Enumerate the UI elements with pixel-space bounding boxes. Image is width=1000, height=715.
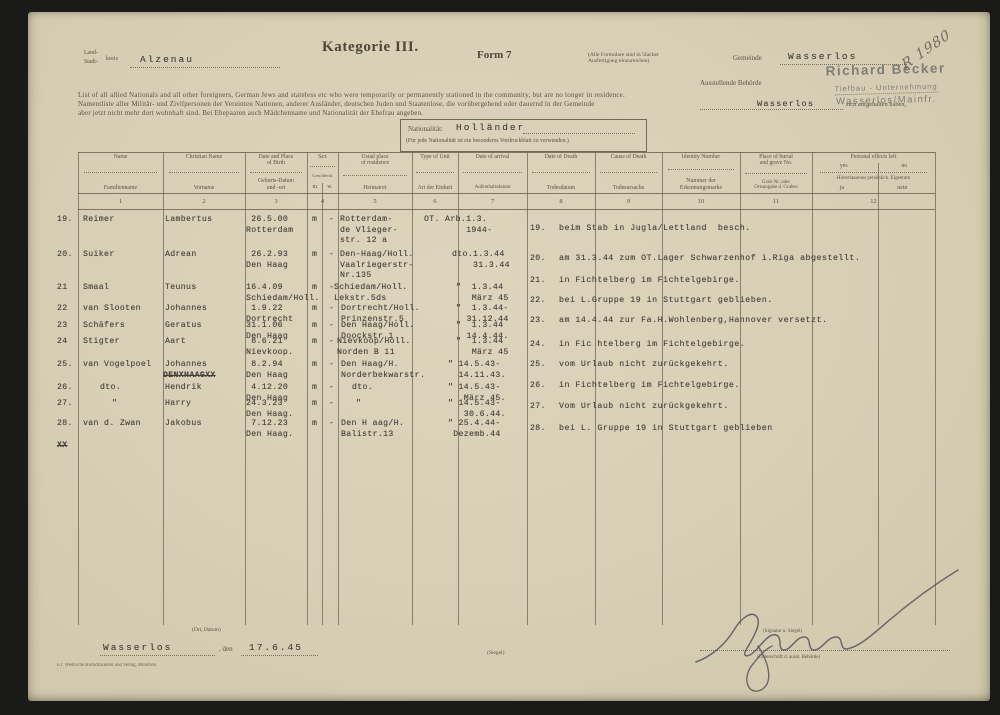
col-num: 5 [338, 194, 412, 209]
table-line [812, 152, 813, 625]
row-name: Reimer [83, 215, 115, 226]
signature-scrawl [680, 560, 980, 705]
date-dotted-line [241, 655, 318, 656]
remark-text: bei L. Gruppe 19 in Stuttgart geblieben [559, 424, 773, 435]
row-unit-arrival: " 14.5.43- 30.6.44. [448, 399, 506, 420]
nationality-label: Nationalität: [408, 125, 443, 133]
nationality-dotted-line [523, 133, 635, 134]
col-header-death-date: Date of Death Todesdatum [527, 153, 595, 192]
row-sex: m [312, 250, 317, 261]
place-value: Wasserlos [103, 643, 172, 654]
remark-text: in Fichtelberg im Fichtelgebirge. [559, 381, 740, 392]
table-line [935, 152, 936, 625]
row-number: 24 [57, 337, 68, 348]
seal-label: (Siegel) [487, 650, 504, 656]
row-unit-arrival: OT. Arb.1.3. 1944- [424, 215, 492, 236]
row-unit-arrival: dto.1.3.44 31.3.44 [452, 250, 510, 271]
col-header-birth: Date and Place of Birth Geburts-Datum un… [245, 153, 307, 192]
row-residence: Den H aag/H. Balistr.13 [341, 419, 404, 440]
remark-text: Vom Urlaub nicht zurückgekehrt. [559, 402, 729, 413]
row-unit-arrival: " 25.4.44- Dezemb.44 [448, 419, 501, 440]
row-unit-arrival: " 1.3.44 März 45 [456, 337, 509, 358]
row-sex: m [312, 215, 317, 226]
district-label-land: Land- [84, 50, 98, 56]
col-num: 6 [412, 194, 458, 209]
table-numbers-line [78, 209, 935, 210]
row-sex: m [312, 419, 317, 430]
remark-number: 23. [530, 316, 546, 327]
place-dotted-line [100, 655, 215, 656]
row-unit-arrival: " 1.3.44 März 45 [456, 283, 509, 304]
row-birth: 8.6.21 Nievkoop. [246, 337, 293, 358]
row-number: 26. [57, 383, 73, 394]
row-number: 20. [57, 250, 73, 261]
row-birth: 7.12.23 Den Haag. [246, 419, 293, 440]
remark-text: in Fichtelberg im Fichtelgebirge. [559, 276, 740, 287]
col-header-sex: Sex Geschlecht m.w. [307, 153, 338, 192]
col-num: 1 [78, 194, 163, 209]
remark-text: in Fic htelberg im Fichtelgebirge. [559, 340, 745, 351]
printer-note: F.J. Weiß'sche Buchdruckerei und Verlag,… [57, 663, 157, 668]
remark-number: 27. [530, 402, 546, 413]
district-label-kreis: kreis [106, 55, 118, 62]
row-name: Smaal [83, 283, 109, 294]
table-line [78, 152, 79, 625]
place-date-label: (Ort, Datum) [192, 627, 221, 633]
row-birth: 8.2.94 Den Haag [246, 360, 288, 381]
intro-gemeinde-value: Wasserlos [757, 99, 814, 110]
col-num: 2 [163, 194, 245, 209]
row-birth: 16.4.09 Schiedam/Holl. [246, 283, 320, 304]
row-sex-dash: - [329, 215, 334, 226]
row-name: " [112, 399, 117, 410]
row-residence: Den Haag/H. Norderbekwarstr. [341, 360, 425, 381]
row-birth: 24.3.23 Den Haag. [246, 399, 293, 420]
row-name: van d. Zwan [83, 419, 141, 430]
row-number: 27. [57, 399, 73, 410]
row-struck-text: DENXHAAGXX [163, 371, 216, 382]
col-header-identity: Identity Number Nummer der Erkennungsmar… [662, 153, 740, 192]
table-line [338, 152, 339, 625]
row-residence: Den-Haag/Holl. Vaalriegerstr- Nr.135 [340, 250, 414, 282]
remark-number: 21. [530, 276, 546, 287]
remark-number: 25. [530, 360, 546, 371]
remark-number: 19. [530, 224, 546, 235]
row-sex: m [312, 321, 317, 332]
row-name: Stigter [83, 337, 120, 348]
row-residence: dto. [352, 383, 373, 394]
row-sex-dash: - [329, 383, 334, 394]
row-number: 22 [57, 304, 68, 315]
row-birth: 26.5.00 Rotterdam [246, 215, 293, 236]
date-value: 17.6.45 [249, 643, 303, 654]
row-number: 21 [57, 283, 68, 294]
table-line [740, 152, 741, 625]
row-sex-dash: - [329, 419, 334, 430]
row-sex: m [312, 399, 317, 410]
table-line [527, 152, 528, 625]
col-header-christian-name: Christian Name Vorname [163, 153, 245, 192]
table-line [412, 152, 413, 625]
gemeinde-value: Wasserlos [788, 52, 857, 63]
row-first-name: Adrean [165, 250, 197, 261]
row-name: van Slooten [83, 304, 141, 315]
row-first-name: Jakobus [165, 419, 202, 430]
remark-text: vom Urlaub nicht zurückgekehrt. [559, 360, 729, 371]
row-number: 19. [57, 215, 73, 226]
row-first-name: Hendrik [165, 383, 202, 394]
row-sex: m [312, 337, 317, 348]
col-header-burial: Place of burial and grave No. Grab-Nr. o… [740, 153, 812, 192]
district-label-stadt: Stadt- [84, 59, 98, 65]
row-residence: " [356, 399, 361, 410]
intro-german-1: Namentliste aller Militär- und Zivilpers… [78, 100, 595, 108]
row-sex-dash: - [329, 250, 334, 261]
col-num: 11 [740, 194, 812, 209]
row-residence: Schiedam/Holl. Lekstr.5ds [334, 283, 408, 304]
col-header-name: Name Familienname [78, 153, 163, 192]
intro-german-tail: sich aufgehalten haben, [846, 101, 906, 108]
intro-english: List of all allied Nationals and all oth… [78, 91, 625, 99]
row-first-name: Johannes [165, 304, 207, 315]
row-first-name: Johannes [165, 360, 207, 371]
row-name: van Vogelpoel [83, 360, 151, 371]
remark-number: 24. [530, 340, 546, 351]
row-sex-dash: - [329, 321, 334, 332]
row-residence: Rotterdam- de Vlieger- str. 12 a [340, 215, 398, 247]
table-line [163, 152, 164, 625]
intro-german-2: aber jetzt nicht mehr dort wohnhaft sind… [78, 109, 423, 117]
remark-number: 28. [530, 424, 546, 435]
table-line [307, 152, 308, 625]
table-line-sex-split [322, 183, 323, 625]
col-num: 12 [812, 194, 935, 209]
row-name: Suiker [83, 250, 115, 261]
nationality-note: (Für jede Nationalität ist ein besondere… [406, 138, 569, 144]
remark-number: 22. [530, 296, 546, 307]
district-dotted-line [130, 67, 280, 68]
row-first-name: Harry [165, 399, 191, 410]
col-num: 10 [662, 194, 740, 209]
remark-text: am 14.4.44 zur Fa.H.Wohlenberg,Hannover … [559, 316, 827, 327]
remark-number: 26. [530, 381, 546, 392]
remark-number: 20. [530, 254, 546, 265]
district-value: Alzenau [140, 55, 194, 66]
row-sex-dash: - [329, 399, 334, 410]
row-name: Schäfers [83, 321, 125, 332]
nationality-value: Holländer [456, 123, 525, 134]
col-header-effects: Personal effects left yesno Hinterlassen… [812, 153, 935, 192]
col-num: 7 [458, 194, 527, 209]
row-sex-dash: - [329, 304, 334, 315]
den-label: , den [219, 645, 233, 653]
row-first-name: Geratus [165, 321, 202, 332]
stray-mark: XX [57, 441, 68, 452]
col-header-residence: Usual place of residence Heimatort [338, 153, 412, 192]
copies-note: (Alle Formulare sind in 5facher Ausferti… [588, 52, 659, 64]
table-line-effects-split [878, 163, 879, 625]
page-title: Kategorie III. [322, 39, 419, 56]
col-num: 9 [595, 194, 662, 209]
gemeinde-label: Gemeinde [733, 54, 762, 62]
col-num: 3 [245, 194, 307, 209]
row-number: 28. [57, 419, 73, 430]
remark-text: beim Stab in Jugla/Lettland besch. [559, 224, 751, 235]
remark-text: bei L.Gruppe 19 in Stuttgart geblieben. [559, 296, 773, 307]
row-first-name: Aart [165, 337, 186, 348]
scanned-document-page: Land- Stadt- kreis Alzenau Kategorie III… [0, 0, 1000, 715]
row-name: dto. [100, 383, 121, 394]
col-header-death-cause: Cause of Death Todesursache [595, 153, 662, 192]
form-number: Form 7 [477, 49, 512, 61]
row-sex: m [312, 383, 317, 394]
row-first-name: Lambertus [165, 215, 212, 226]
col-num: 4 [307, 194, 338, 209]
row-residence: Nievkoop/Holl. Norden B 11 [337, 337, 411, 358]
row-sex: m [312, 283, 317, 294]
row-sex-dash: - [329, 337, 334, 348]
row-sex-dash: - [329, 360, 334, 371]
row-number: 25. [57, 360, 73, 371]
row-sex: m [312, 360, 317, 371]
col-header-arrival: Date of arrival Aufenthaltsdatum [458, 153, 527, 192]
row-number: 23 [57, 321, 68, 332]
authority-label: Ausstellende Behörde [700, 79, 762, 87]
row-sex: m [312, 304, 317, 315]
col-num: 8 [527, 194, 595, 209]
col-header-unit: Type of Unit Art der Einheit [412, 153, 458, 192]
row-first-name: Teunus [165, 283, 197, 294]
row-unit-arrival: " 14.5.43- 14.11.43. [448, 360, 506, 381]
row-birth: 26.2.93 Den Haag [246, 250, 288, 271]
remark-text: am 31.3.44 zum OT.Lager Schwarzenhof i.R… [559, 254, 860, 265]
